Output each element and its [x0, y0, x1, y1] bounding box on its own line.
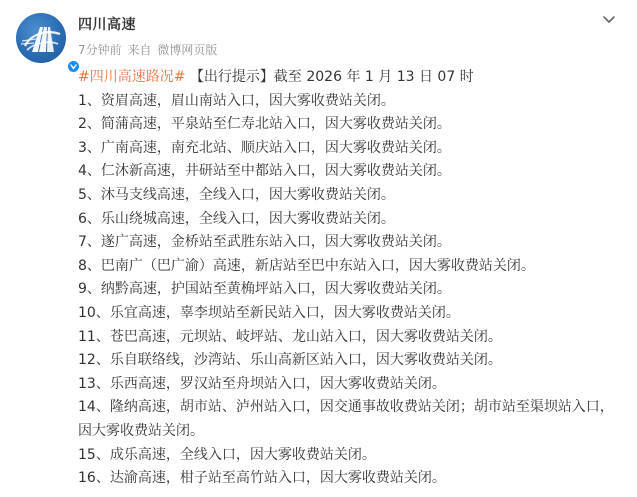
list-item: 6、乐山绕城高速，全线入口，因大雾收费站关闭。 — [78, 208, 626, 232]
list-item: 9、纳黔高速，护国站至黄桷坪站入口，因大雾收费站关闭。 — [78, 278, 626, 302]
list-item: 10、乐宜高速，辜李坝站至新民站入口，因大雾收费站关闭。 — [78, 302, 626, 326]
list-item: 13、乐西高速，罗汉站至舟坝站入口，因大雾收费站关闭。 — [78, 373, 626, 397]
post-headline: 【出行提示】截至 2026 年 1 月 13 日 07 时 — [190, 69, 474, 85]
post-meta: 7分钟前 来自 微博网页版 — [78, 41, 217, 58]
source-prefix: 来自 — [127, 43, 151, 57]
post-menu-button[interactable] — [600, 12, 618, 26]
post-time[interactable]: 7分钟前 — [78, 43, 122, 57]
list-item: 14、隆纳高速，胡市站、泸州站入口，因交通事故收费站关闭；胡市站至渠坝站入口，因… — [78, 396, 626, 443]
list-item: 5、沐马支线高速，全线入口，因大雾收费站关闭。 — [78, 184, 626, 208]
verified-check-icon — [70, 63, 77, 70]
post-source[interactable]: 微博网页版 — [157, 43, 217, 57]
highway-logo-icon — [16, 13, 66, 63]
list-item: 11、苍巴高速，元坝站、岐坪站、龙山站入口，因大雾收费站关闭。 — [78, 326, 626, 350]
hashtag-link[interactable]: #四川高速路况# — [78, 69, 185, 85]
post-headline-line: #四川高速路况# 【出行提示】截至 2026 年 1 月 13 日 07 时 — [78, 66, 626, 90]
chevron-down-icon — [600, 13, 618, 27]
list-item: 8、巴南广（巴广渝）高速，新店站至巴中东站入口，因大雾收费站关闭。 — [78, 255, 626, 279]
list-item: 7、遂广高速，金桥站至武胜东站入口，因大雾收费站关闭。 — [78, 231, 626, 255]
avatar[interactable] — [16, 13, 66, 63]
list-item: 1、资眉高速，眉山南站入口，因大雾收费站关闭。 — [78, 90, 626, 114]
list-item: 16、达渝高速，柑子站至高竹站入口，因大雾收费站关闭。 — [78, 467, 626, 491]
post-body: #四川高速路况# 【出行提示】截至 2026 年 1 月 13 日 07 时 1… — [78, 66, 626, 491]
list-item: 2、简蒲高速，平泉站至仁寿北站入口，因大雾收费站关闭。 — [78, 113, 626, 137]
weibo-post-card: 四川高速 7分钟前 来自 微博网页版 #四川高速路况# 【出行提示】截至 202… — [0, 0, 637, 497]
list-item: 12、乐自联络线，沙湾站、乐山高新区站入口，因大雾收费站关闭。 — [78, 349, 626, 373]
list-item: 4、仁沐新高速，井研站至中都站入口，因大雾收费站关闭。 — [78, 160, 626, 184]
list-item: 15、成乐高速，全线入口，因大雾收费站关闭。 — [78, 444, 626, 468]
list-item: 3、广南高速，南充北站、顺庆站入口，因大雾收费站关闭。 — [78, 137, 626, 161]
author-name[interactable]: 四川高速 — [78, 14, 136, 34]
